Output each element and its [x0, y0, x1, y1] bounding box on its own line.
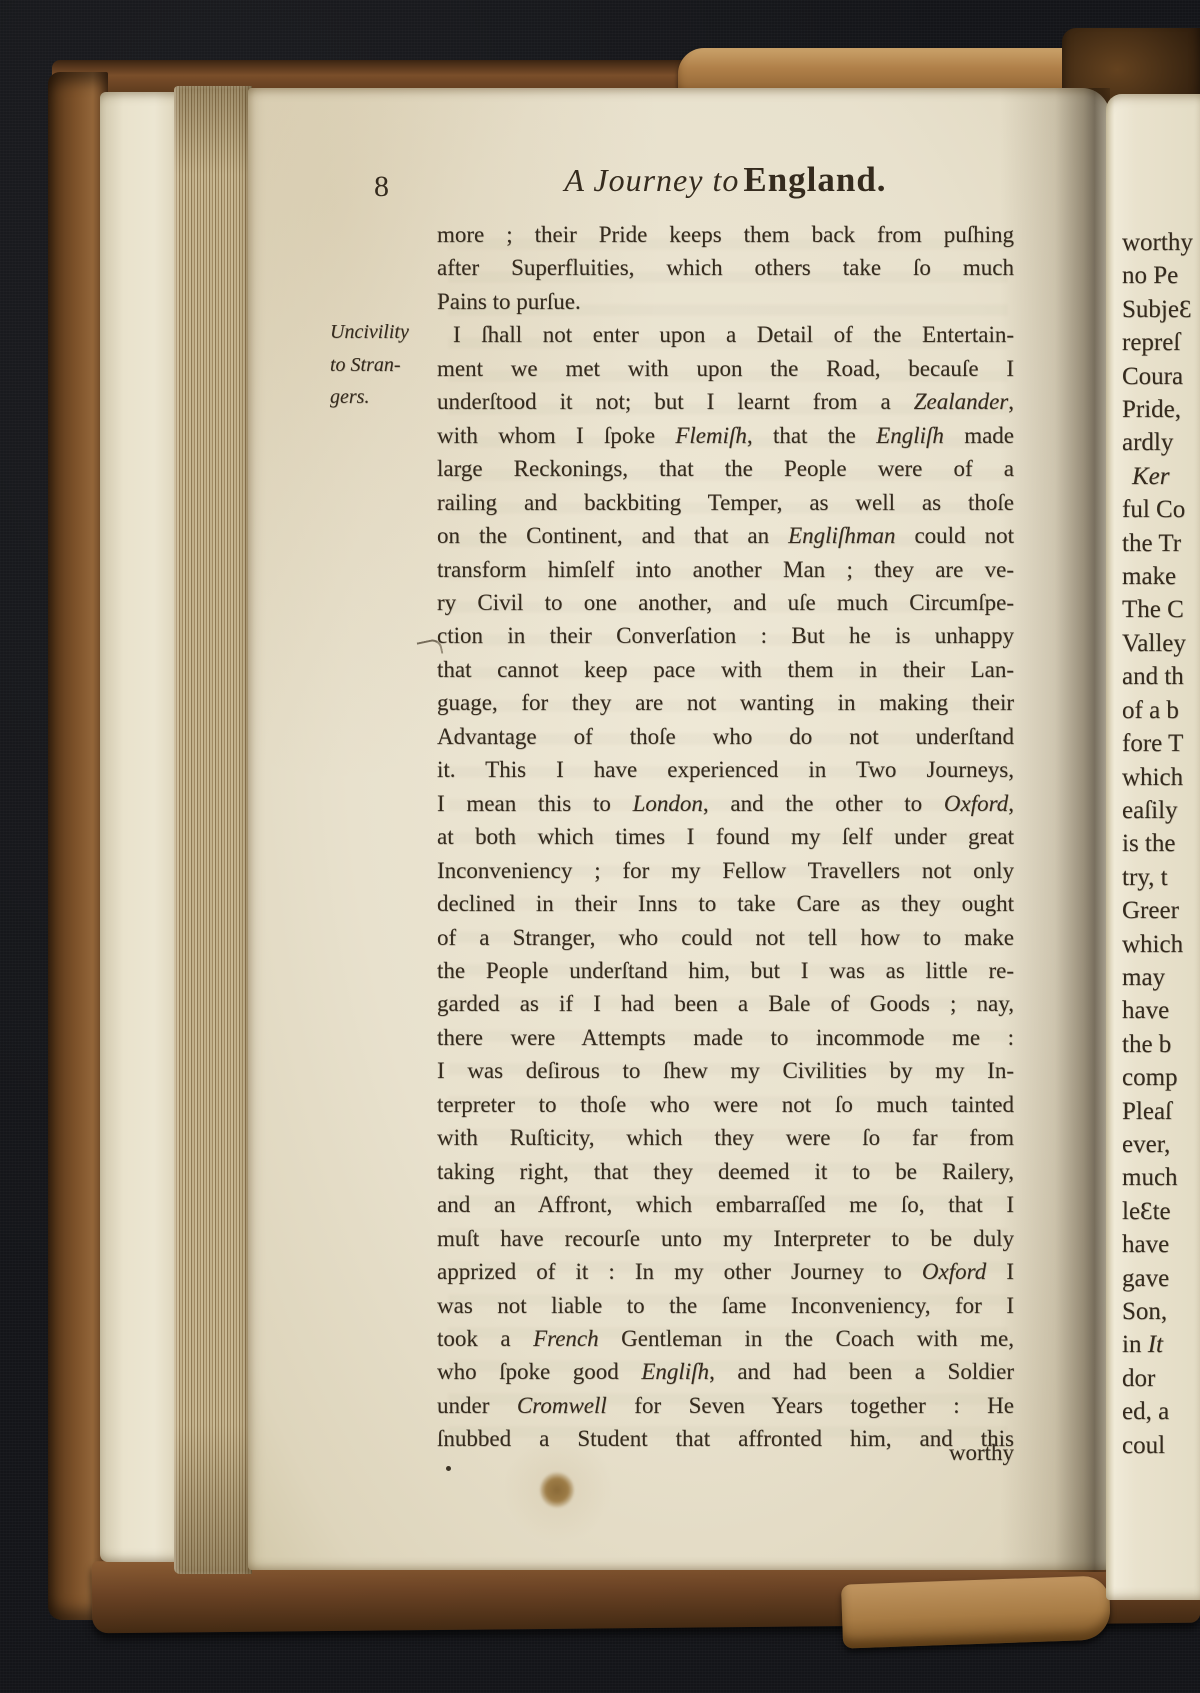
text-span: Coura: [1122, 363, 1183, 390]
text-line: SubjeƐ: [1122, 293, 1200, 326]
text-span: ry Civil to one another, and uſe much Ci…: [437, 590, 1014, 615]
text-span: ever,: [1122, 1131, 1170, 1158]
text-span: gave: [1122, 1265, 1169, 1292]
italic-text: Cromwell: [517, 1393, 607, 1418]
text-span: comp: [1122, 1064, 1178, 1091]
text-line: the b: [1122, 1028, 1200, 1061]
text-span: I: [986, 1259, 1014, 1284]
text-span: ,: [1008, 791, 1014, 816]
text-line: ction in their Converſation : But he is …: [437, 619, 1014, 652]
text-span: after Superfluities, which others take ſ…: [437, 255, 1014, 280]
text-span: the b: [1122, 1031, 1171, 1058]
text-span: transform himſelf into another Man ; the…: [437, 557, 1014, 582]
text-line: dor: [1122, 1362, 1200, 1395]
text-line: Pride,: [1122, 393, 1200, 426]
text-span: was not liable to the ſame Inconveniency…: [437, 1293, 1014, 1318]
text-span: of a Stranger, who could not tell how to…: [437, 925, 1014, 950]
text-span: dor: [1122, 1365, 1155, 1392]
margin-note: Uncivilityto Stran-gers.: [330, 316, 434, 414]
text-line: large Reckonings, that the People were o…: [437, 452, 1014, 485]
italic-text: Oxford: [922, 1259, 986, 1284]
text-span: , that the: [747, 423, 876, 448]
italic-text: It: [1148, 1331, 1163, 1358]
text-line: on the Continent, and that an Engliſhman…: [437, 519, 1014, 552]
text-span: and th: [1122, 663, 1184, 690]
margin-note-line: to Stran-: [330, 349, 434, 382]
text-span: Pains to purſue.: [437, 289, 581, 314]
text-span: and an Affront, which embarraſſed me ſo,…: [437, 1192, 1014, 1217]
text-span: repreſ: [1122, 329, 1180, 356]
text-span: of a b: [1122, 697, 1179, 724]
text-line: ment we met with upon the Road, becauſe …: [437, 352, 1014, 385]
text-span: which: [1122, 931, 1183, 958]
text-line: repreſ: [1122, 326, 1200, 359]
text-span: apprized of it : In my other Journey to: [437, 1259, 922, 1284]
text-line: is the: [1122, 827, 1200, 860]
text-span: Valley: [1122, 630, 1186, 657]
text-line: the Tr: [1122, 527, 1200, 560]
text-span: terpreter to thoſe who were not ſo much …: [437, 1092, 1014, 1117]
text-line: guage, for they are not wanting in makin…: [437, 686, 1014, 719]
text-span: is the: [1122, 830, 1175, 857]
page-header: 8 A Journey to England.: [248, 160, 1110, 212]
book-cover-left-edge: [48, 72, 108, 1620]
text-span: eaſily: [1122, 797, 1178, 824]
text-line: who ſpoke good Engliſh, and had been a S…: [437, 1355, 1014, 1388]
text-span: Son,: [1122, 1298, 1167, 1325]
text-line: transform himſelf into another Man ; the…: [437, 553, 1014, 586]
text-line: Valley: [1122, 627, 1200, 660]
text-line: there were Attempts made to incommode me…: [437, 1021, 1014, 1054]
text-line: in It: [1122, 1328, 1200, 1361]
text-span: , and the other to: [703, 791, 944, 816]
text-span: could not: [895, 523, 1014, 548]
running-title-roman: England.: [743, 160, 886, 199]
text-line: gave: [1122, 1262, 1200, 1295]
text-line: it. This I have experienced in Two Journ…: [437, 753, 1014, 786]
photo-of-open-book: { "photo": { "background_color": "#14151…: [0, 0, 1200, 1693]
italic-text: Flemiſh: [675, 423, 747, 448]
text-span: Uncivility: [330, 321, 409, 343]
text-span: Pleaſ: [1122, 1098, 1172, 1125]
text-line: Inconveniency ; for my Fellow Travellers…: [437, 854, 1014, 887]
text-span: make: [1122, 563, 1176, 590]
text-line: the People underſtand him, but I was as …: [437, 954, 1014, 987]
page-number: 8: [374, 170, 389, 204]
text-line: comp: [1122, 1061, 1200, 1094]
text-span: to Stran-: [330, 354, 401, 376]
text-line: Ker: [1122, 460, 1200, 493]
margin-note-line: Uncivility: [330, 316, 434, 349]
text-span: garded as if I had been a Bale of Goods …: [437, 991, 1014, 1016]
text-line: terpreter to thoſe who were not ſo much …: [437, 1088, 1014, 1121]
text-line: after Superfluities, which others take ſ…: [437, 251, 1014, 284]
text-span: taking right, that they deemed it to be …: [437, 1159, 1014, 1184]
text-span: there were Attempts made to incommode me…: [437, 1025, 1014, 1050]
text-span: I mean this to: [437, 791, 633, 816]
running-title: A Journey to England.: [437, 160, 1014, 200]
italic-text: Ker: [1132, 463, 1170, 490]
catchword: worthy: [437, 1436, 1014, 1469]
text-line: took a French Gentleman in the Coach wit…: [437, 1322, 1014, 1355]
text-span: guage, for they are not wanting in makin…: [437, 690, 1014, 715]
margin-note-line: gers.: [330, 381, 434, 414]
ink-stain: [540, 1472, 574, 1508]
text-line: underſtood it not; but I learnt from a Z…: [437, 385, 1014, 418]
text-span: ction in their Converſation : But he is …: [437, 623, 1014, 648]
text-line: leƐte: [1122, 1195, 1200, 1228]
text-span: Pride,: [1122, 396, 1181, 423]
text-span: took a: [437, 1326, 533, 1351]
text-line: worthy: [1122, 226, 1200, 259]
text-span: under: [437, 1393, 517, 1418]
text-line: ardly: [1122, 426, 1200, 459]
text-span: ful Co: [1122, 496, 1185, 523]
text-span: made: [944, 423, 1014, 448]
text-span: railing and backbiting Temper, as well a…: [437, 490, 1014, 515]
text-line: declined in their Inns to take Care as t…: [437, 887, 1014, 920]
text-line: Pains to purſue.: [437, 285, 1014, 318]
text-line: with Ruſticity, which they were ſo far f…: [437, 1121, 1014, 1154]
text-line: coul: [1122, 1429, 1200, 1462]
page-edges-stack: [174, 86, 252, 1574]
text-span: muſt have recourſe unto my Interpreter t…: [437, 1226, 1014, 1251]
leather-strap-bottom: [841, 1575, 1111, 1648]
text-line: fore T: [1122, 727, 1200, 760]
text-line: The C: [1122, 593, 1200, 626]
text-span: with whom I ſpoke: [437, 423, 675, 448]
text-span: , and had been a Soldier: [709, 1359, 1014, 1384]
text-span: that cannot keep pace with them in their…: [437, 657, 1014, 682]
text-span: ed, a: [1122, 1398, 1169, 1425]
text-line: Advantage of thoſe who do not underſtand: [437, 720, 1014, 753]
text-line: taking right, that they deemed it to be …: [437, 1155, 1014, 1188]
text-span: the Tr: [1122, 530, 1181, 557]
text-span: The C: [1122, 596, 1184, 623]
text-line: eaſily: [1122, 794, 1200, 827]
text-span: it. This I have experienced in Two Journ…: [437, 757, 1014, 782]
italic-text: Engliſh: [641, 1359, 709, 1384]
text-span: large Reckonings, that the People were o…: [437, 456, 1014, 481]
text-span: in: [1122, 1331, 1148, 1358]
text-line: of a Stranger, who could not tell how to…: [437, 921, 1014, 954]
text-span: have: [1122, 997, 1169, 1024]
text-line: Coura: [1122, 360, 1200, 393]
text-line: Son,: [1122, 1295, 1200, 1328]
body-text: more ; their Pride keeps them back from …: [437, 218, 1014, 1456]
text-line: Pleaſ: [1122, 1095, 1200, 1128]
text-line: I was deſirous to ſhew my Civilities by …: [437, 1054, 1014, 1087]
text-line: railing and backbiting Temper, as well a…: [437, 486, 1014, 519]
text-line: ry Civil to one another, and uſe much Ci…: [437, 586, 1014, 619]
text-span: Greer: [1122, 897, 1179, 924]
text-line: was not liable to the ſame Inconveniency…: [437, 1289, 1014, 1322]
text-span: leƐte: [1122, 1198, 1171, 1225]
text-line: which: [1122, 761, 1200, 794]
text-line: which: [1122, 928, 1200, 961]
text-line: I mean this to London, and the other to …: [437, 787, 1014, 820]
text-line: may: [1122, 961, 1200, 994]
text-span: on the Continent, and that an: [437, 523, 788, 548]
text-line: no Pe: [1122, 259, 1200, 292]
text-line: Greer: [1122, 894, 1200, 927]
text-span: I was deſirous to ſhew my Civilities by …: [437, 1058, 1014, 1083]
text-line: I ſhall not enter upon a Detail of the E…: [437, 318, 1014, 351]
text-line: at both which times I found my ſelf unde…: [437, 820, 1014, 853]
text-line: much: [1122, 1161, 1200, 1194]
text-span: no Pe: [1122, 262, 1178, 289]
left-page: 8 A Journey to England. Uncivilityto Str…: [248, 88, 1110, 1570]
text-line: make: [1122, 560, 1200, 593]
text-span: with Ruſticity, which they were ſo far f…: [437, 1125, 1014, 1150]
flyleaf-page-edge: [100, 92, 178, 1562]
text-line: garded as if I had been a Bale of Goods …: [437, 987, 1014, 1020]
right-page-text: worthyno PeSubjeƐrepreſCouraPride,ardlyK…: [1122, 226, 1200, 1462]
running-title-italic: A Journey to: [564, 162, 739, 198]
text-span: much: [1122, 1164, 1178, 1191]
text-line: and an Affront, which embarraſſed me ſo,…: [437, 1188, 1014, 1221]
italic-text: Engliſh: [876, 423, 944, 448]
foxing-speck: [446, 1466, 451, 1471]
text-line: ever,: [1122, 1128, 1200, 1161]
text-span: fore T: [1122, 730, 1183, 757]
text-line: more ; their Pride keeps them back from …: [437, 218, 1014, 251]
italic-text: French: [533, 1326, 599, 1351]
text-line: try, t: [1122, 861, 1200, 894]
italic-text: Oxford: [944, 791, 1008, 816]
text-span: gers.: [330, 386, 369, 408]
text-span: I ſhall not enter upon a Detail of the E…: [453, 322, 1014, 347]
text-line: have: [1122, 1228, 1200, 1261]
text-span: ment we met with upon the Road, becauſe …: [437, 356, 1014, 381]
text-line: of a b: [1122, 694, 1200, 727]
text-span: ,: [1008, 389, 1014, 414]
text-span: for Seven Years together : He: [607, 1393, 1014, 1418]
text-span: may: [1122, 964, 1165, 991]
text-span: more ; their Pride keeps them back from …: [437, 222, 1014, 247]
text-line: under Cromwell for Seven Years together …: [437, 1389, 1014, 1422]
text-span: try, t: [1122, 864, 1168, 891]
text-line: ed, a: [1122, 1395, 1200, 1428]
text-span: which: [1122, 764, 1183, 791]
text-span: coul: [1122, 1432, 1165, 1459]
text-span: Advantage of thoſe who do not underſtand: [437, 724, 1014, 749]
text-line: have: [1122, 994, 1200, 1027]
text-span: at both which times I found my ſelf unde…: [437, 824, 1014, 849]
text-line: muſt have recourſe unto my Interpreter t…: [437, 1222, 1014, 1255]
italic-text: Engliſhman: [788, 523, 895, 548]
italic-text: Zealander: [914, 389, 1009, 414]
text-line: that cannot keep pace with them in their…: [437, 653, 1014, 686]
text-span: worthy: [1122, 229, 1193, 256]
text-span: SubjeƐ: [1122, 296, 1191, 323]
text-line: ful Co: [1122, 493, 1200, 526]
text-span: who ſpoke good: [437, 1359, 641, 1384]
text-span: Inconveniency ; for my Fellow Travellers…: [437, 858, 1014, 883]
right-page-sliver: worthyno PeSubjeƐrepreſCouraPride,ardlyK…: [1106, 94, 1200, 1600]
italic-text: London: [633, 791, 703, 816]
text-span: underſtood it not; but I learnt from a: [437, 389, 914, 414]
text-line: and th: [1122, 660, 1200, 693]
text-span: declined in their Inns to take Care as t…: [437, 891, 1014, 916]
text-span: ardly: [1122, 429, 1173, 456]
text-line: apprized of it : In my other Journey to …: [437, 1255, 1014, 1288]
text-line: with whom I ſpoke Flemiſh, that the Engl…: [437, 419, 1014, 452]
text-span: Gentleman in the Coach with me,: [599, 1326, 1014, 1351]
text-span: have: [1122, 1231, 1169, 1258]
text-span: the People underſtand him, but I was as …: [437, 958, 1014, 983]
